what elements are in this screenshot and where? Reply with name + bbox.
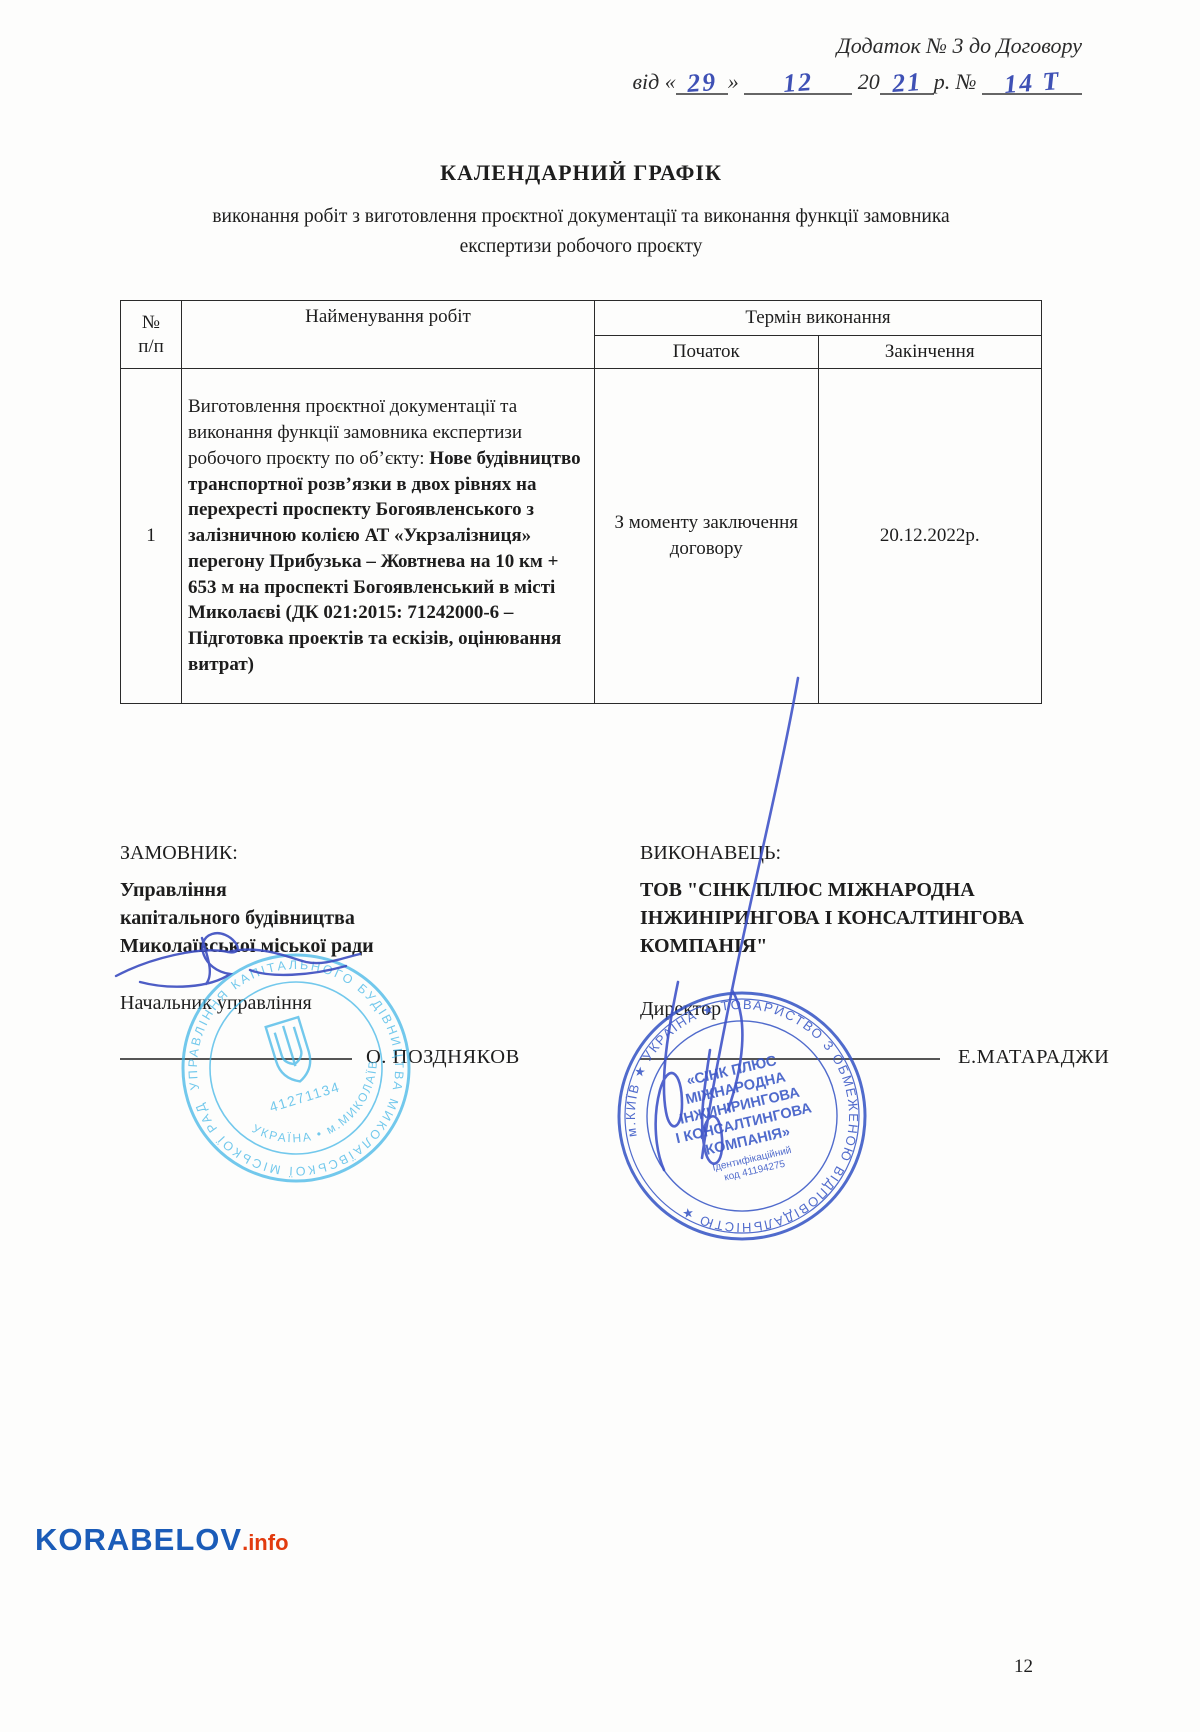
subtitle-line1: виконання робіт з виготовлення проєктної… xyxy=(90,202,1072,232)
handwritten-year: 21 xyxy=(891,71,922,95)
header-cell-term: Термін виконання xyxy=(595,301,1042,336)
customer-signatory: О. ПОЗДНЯКОВ xyxy=(366,1046,520,1069)
executor-stamp-line5: КОМПАНІЯ» xyxy=(704,1124,791,1159)
watermark-brand: KORABELOV xyxy=(35,1522,242,1557)
executor-position: Директор xyxy=(640,998,721,1021)
handwritten-number: 14 Т xyxy=(1003,70,1061,96)
appendix-header: Додаток № 3 до Договору від «29» 12 2021… xyxy=(632,28,1082,100)
header-cell-start: Початок xyxy=(595,336,819,369)
executor-stamp: м.КИЇВ ★ УКРАЇНА ★ ТОВАРИСТВО З ОБМЕЖЕНО… xyxy=(581,955,902,1276)
executor-stamp-line2: МІЖНАРОДНА xyxy=(684,1069,787,1108)
row-number-cell: 1 xyxy=(121,369,182,704)
number-blank: 14 Т xyxy=(982,70,1082,95)
svg-text:УКРАЇНА • м.МИКОЛАЇВ: УКРАЇНА • м.МИКОЛАЇВ xyxy=(239,1055,398,1160)
customer-name: Управління капітального будівництва Мико… xyxy=(120,876,374,960)
end-term-cell: 20.12.2022р. xyxy=(818,369,1042,704)
date-prefix: від « xyxy=(632,69,675,94)
work-description-bold: Нове будівництво транспортної розв’язки … xyxy=(188,448,581,675)
table-header-row-1: № п/п Найменування робіт Термін виконанн… xyxy=(121,301,1042,336)
customer-name-line1: Управління xyxy=(120,876,374,904)
header-cell-name: Найменування робіт xyxy=(182,301,595,369)
num-header-line2: п/п xyxy=(127,335,175,359)
customer-label: ЗАМОВНИК: xyxy=(120,842,238,865)
executor-label: ВИКОНАВЕЦЬ: xyxy=(640,842,781,865)
month-blank: 12 xyxy=(744,70,852,95)
quote-close: » xyxy=(728,69,739,94)
customer-signature-line xyxy=(120,1058,352,1060)
start-term-cell: З моменту заключення договору xyxy=(595,369,819,704)
customer-stamp-code: 41271134 xyxy=(267,1078,342,1115)
executor-signature-line xyxy=(640,1058,940,1060)
subtitle-line2: експертизи робочого проєкту xyxy=(90,232,1072,262)
executor-stamp-line3: ІНЖИНІРИНГОВА xyxy=(678,1085,802,1128)
appendix-date-line: від «29» 12 2021р. № 14 Т xyxy=(632,64,1082,100)
header-cell-num: № п/п xyxy=(121,301,182,369)
handwritten-day: 29 xyxy=(686,71,717,95)
document-page: Додаток № 3 до Договору від «29» 12 2021… xyxy=(0,0,1200,1732)
executor-name: ТОВ "СІНК ПЛЮС МІЖНАРОДНА ІНЖИНІРИНГОВА … xyxy=(640,876,1024,960)
customer-name-line3: Миколаївської міської ради xyxy=(120,932,374,960)
appendix-title: Додаток № 3 до Договору xyxy=(632,28,1082,64)
num-header-line1: № xyxy=(127,311,175,335)
executor-stamp-graphic: м.КИЇВ ★ УКРАЇНА ★ ТОВАРИСТВО З ОБМЕЖЕНО… xyxy=(581,955,902,1276)
page-subtitle: виконання робіт з виготовлення проєктної… xyxy=(90,202,1072,262)
year-prefix: 20 xyxy=(858,69,880,94)
header-cell-end: Закінчення xyxy=(818,336,1042,369)
year-suffix: р. № xyxy=(934,69,977,94)
executor-stamp-line4: І КОНСАЛТИНГОВА xyxy=(674,1100,813,1147)
trident-icon xyxy=(266,1017,317,1086)
executor-name-line2: ІНЖИНІРИНГОВА І КОНСАЛТИНГОВА xyxy=(640,904,1024,932)
customer-name-line2: капітального будівництва xyxy=(120,904,374,932)
customer-position: Начальник управління xyxy=(120,992,312,1015)
page-title: КАЛЕНДАРНИЙ ГРАФІК xyxy=(120,160,1042,186)
executor-stamp-line6: Ідентифікаційний xyxy=(711,1144,792,1174)
executor-name-line3: КОМПАНІЯ" xyxy=(640,932,1024,960)
executor-signatory: Е.МАТАРАДЖИ xyxy=(958,1046,1109,1069)
day-blank: 29 xyxy=(676,70,728,95)
handwritten-month: 12 xyxy=(783,71,814,95)
page-number: 12 xyxy=(1014,1656,1033,1678)
watermark-suffix: .info xyxy=(242,1530,288,1555)
work-description-cell: Виготовлення проєктної документації та в… xyxy=(182,369,595,704)
schedule-table: № п/п Найменування робіт Термін виконанн… xyxy=(120,300,1042,704)
executor-stamp-line7: код 41194275 xyxy=(723,1159,787,1184)
year-blank: 21 xyxy=(880,70,934,95)
customer-stamp-bottom-text: УКРАЇНА • м.МИКОЛАЇВ xyxy=(239,1055,398,1160)
executor-name-line1: ТОВ "СІНК ПЛЮС МІЖНАРОДНА xyxy=(640,876,1024,904)
site-watermark: KORABELOV.info xyxy=(35,1522,289,1558)
table-row: 1 Виготовлення проєктної документації та… xyxy=(121,369,1042,704)
